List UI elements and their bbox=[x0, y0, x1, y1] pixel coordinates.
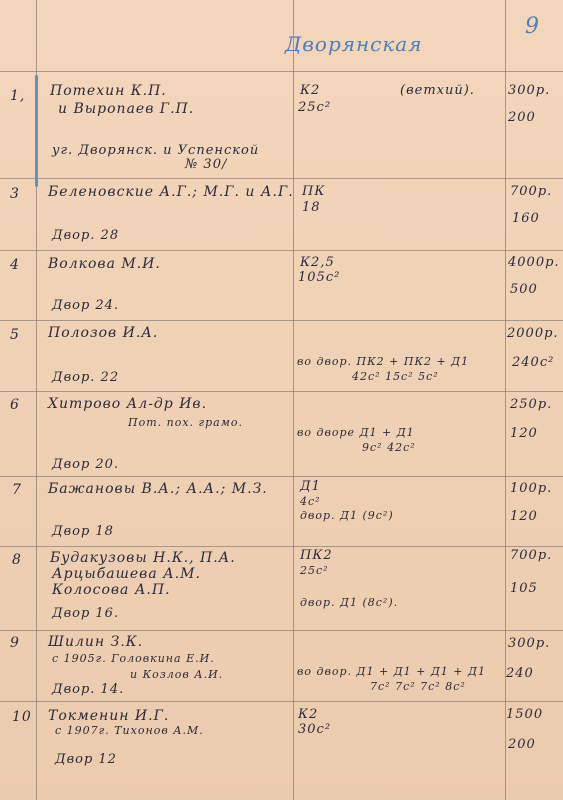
address: Двор 24. bbox=[52, 298, 119, 313]
building-area: 42с² 15с² 5с² bbox=[352, 370, 439, 383]
owner-name: Колосова А.П. bbox=[52, 582, 171, 598]
owner-name: с 1907г. Тихонов А.М. bbox=[55, 724, 204, 737]
row-divider bbox=[0, 178, 563, 179]
row-divider bbox=[0, 71, 563, 72]
address: Двор. 14. bbox=[52, 682, 124, 697]
price: 300р. bbox=[508, 83, 550, 98]
owner-note: Пот. пох. грамо. bbox=[128, 416, 243, 429]
row-divider bbox=[0, 546, 563, 547]
building-area: 25с² bbox=[300, 564, 329, 577]
row-divider bbox=[0, 701, 563, 702]
land-area: 500 bbox=[510, 282, 538, 297]
building-area: 9с² 42с² bbox=[362, 441, 416, 454]
building-type: К2 bbox=[298, 707, 318, 722]
price: 100р. bbox=[510, 481, 552, 496]
building-type: Д1 bbox=[300, 479, 321, 494]
price: 4000р. bbox=[508, 255, 560, 270]
building-type: ПК bbox=[302, 184, 325, 199]
building-type: К2,5 bbox=[300, 255, 335, 270]
price: 700р. bbox=[510, 548, 552, 563]
address: Двор 18 bbox=[52, 524, 114, 539]
land-area: 200 bbox=[508, 110, 536, 125]
building-type: во двор. ПК2 + ПК2 + Д1 bbox=[297, 355, 469, 368]
street-title: Дворянская bbox=[285, 32, 422, 56]
building-area: 25с² bbox=[298, 100, 331, 115]
page-number: 9 bbox=[525, 14, 540, 39]
building-area: 105с² bbox=[298, 270, 340, 285]
row-divider bbox=[0, 476, 563, 477]
price: 1500 bbox=[506, 707, 543, 722]
column-divider-owner bbox=[293, 0, 294, 800]
address: Двор 16. bbox=[52, 606, 119, 621]
land-area: 240 bbox=[506, 666, 534, 681]
land-area: 160 bbox=[512, 211, 540, 226]
row-divider bbox=[0, 391, 563, 392]
building-type: К2 bbox=[300, 83, 320, 98]
building-area: 7с² 7с² 7с² 8с² bbox=[370, 680, 466, 693]
ledger-page: Дворянская 9 1, Потехин К.П. и Выропаев … bbox=[0, 0, 563, 800]
owner-name: Арцыбашева А.М. bbox=[52, 566, 201, 582]
address: Двор. 22 bbox=[52, 370, 119, 385]
blue-margin-mark bbox=[35, 75, 38, 187]
row-number: 3 bbox=[10, 186, 20, 202]
land-area: 105 bbox=[510, 581, 538, 596]
building-type: ПК2 bbox=[300, 548, 333, 563]
owner-name: Хитрово Ал-др Ив. bbox=[48, 396, 207, 412]
land-area: 200 bbox=[508, 737, 536, 752]
address: № 30/ bbox=[185, 157, 227, 172]
owner-name: Шилин З.К. bbox=[48, 634, 143, 650]
row-number: 8 bbox=[12, 552, 22, 568]
owner-name: Будакузовы Н.К., П.А. bbox=[50, 550, 236, 566]
owner-name: Волкова М.И. bbox=[48, 256, 161, 272]
yard-building: двор. Д1 (9с²) bbox=[300, 509, 394, 522]
row-number: 4 bbox=[10, 257, 20, 273]
row-number: 7 bbox=[12, 482, 22, 498]
owner-name: с 1905г. Головкина Е.И. bbox=[52, 652, 215, 665]
building-type: во дворе Д1 + Д1 bbox=[297, 426, 415, 439]
owner-name: и Козлов А.И. bbox=[130, 668, 223, 681]
owner-name: Потехин К.П. bbox=[50, 83, 167, 99]
row-number: 10 bbox=[12, 709, 32, 725]
address: уг. Дворянск. и Успенской bbox=[52, 143, 259, 158]
row-divider bbox=[0, 320, 563, 321]
price: 250р. bbox=[510, 397, 552, 412]
row-number: 6 bbox=[10, 397, 20, 413]
land-area: 240с² bbox=[512, 355, 554, 370]
building-type: во двор. Д1 + Д1 + Д1 + Д1 bbox=[297, 665, 486, 678]
price: 300р. bbox=[508, 636, 550, 651]
address: Двор. 28 bbox=[52, 228, 119, 243]
owner-name: Полозов И.А. bbox=[48, 325, 158, 341]
yard-building: двор. Д1 (8с²). bbox=[300, 596, 398, 609]
row-divider bbox=[0, 630, 563, 631]
row-divider bbox=[0, 250, 563, 251]
owner-name: Токменин И.Г. bbox=[48, 708, 169, 724]
owner-name: и Выропаев Г.П. bbox=[58, 101, 194, 117]
row-number: 9 bbox=[10, 635, 20, 651]
land-area: 120 bbox=[510, 426, 538, 441]
address: Двор 20. bbox=[52, 457, 119, 472]
address: Двор 12 bbox=[55, 752, 117, 767]
row-number: 5 bbox=[10, 327, 20, 343]
price: 700р. bbox=[510, 184, 552, 199]
row-number: 1, bbox=[10, 88, 25, 104]
building-note: (ветхий). bbox=[400, 83, 475, 98]
building-area: 4с² bbox=[300, 495, 321, 508]
building-area: 30с² bbox=[298, 722, 331, 737]
owner-name: Бажановы В.А.; А.А.; М.З. bbox=[48, 481, 268, 497]
building-area: 18 bbox=[302, 200, 321, 215]
land-area: 120 bbox=[510, 509, 538, 524]
owner-name: Беленовские А.Г.; М.Г. и А.Г. bbox=[48, 184, 294, 200]
price: 2000р. bbox=[507, 326, 559, 341]
